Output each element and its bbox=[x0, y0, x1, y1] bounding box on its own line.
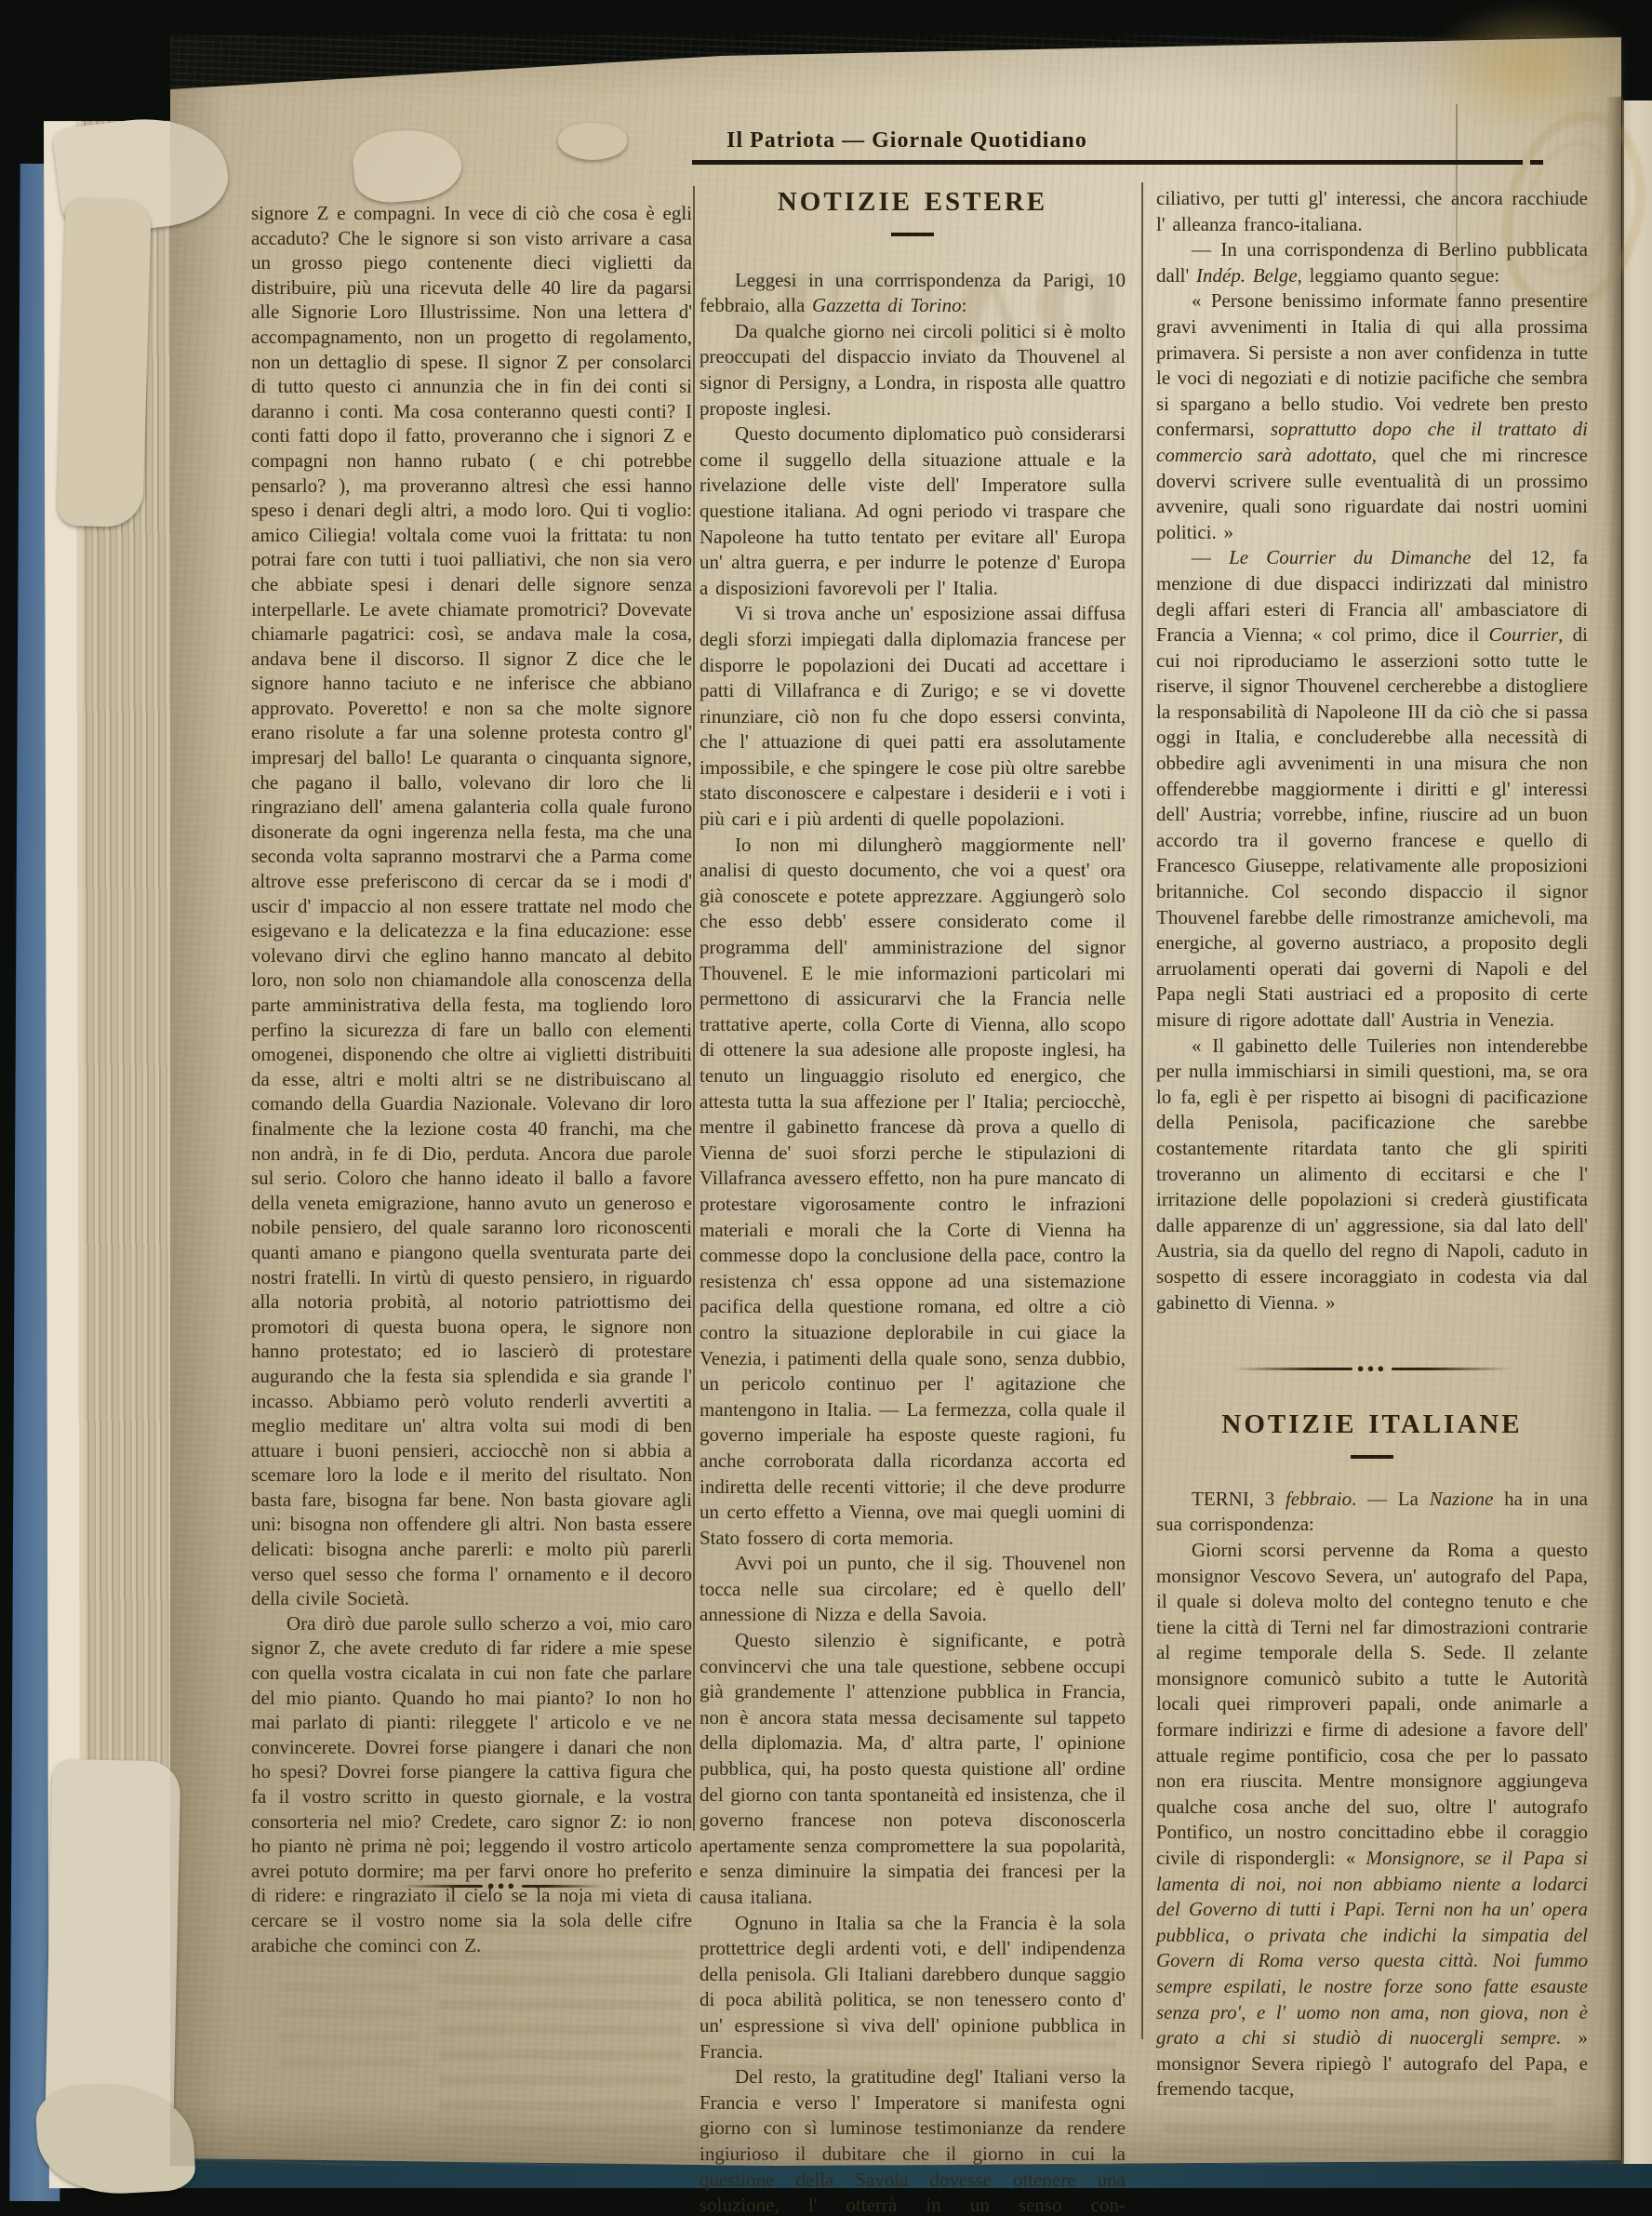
middle-column-text: Leggesi in una corrrispondenza da Parigi… bbox=[699, 268, 1126, 2216]
paragraph: Da qualche giorno nei circoli politici s… bbox=[699, 319, 1126, 421]
paragraph: TERNI, 3 febbraio. — La Nazione ha in un… bbox=[1156, 1487, 1588, 1538]
section-heading-notizie-estere: NOTIZIE ESTERE bbox=[699, 190, 1126, 216]
paragraph: « Persone benissimo informate fanno pres… bbox=[1156, 288, 1588, 545]
section-heading-notizie-italiane: NOTIZIE ITALIANE bbox=[1156, 1412, 1588, 1438]
section-rule bbox=[1351, 1455, 1393, 1459]
scanned-newspaper-page: PATRIOTA Il Patriota — Giornale Quotidia… bbox=[0, 0, 1652, 2216]
column-middle: NOTIZIE ESTERE Leggesi in una corrrispon… bbox=[699, 190, 1126, 2216]
ornament-line bbox=[1232, 1368, 1352, 1370]
paragraph: Io non mi dilungherò maggiormente nell' … bbox=[699, 833, 1126, 1552]
column-divider-rule bbox=[693, 186, 695, 1831]
ornament-line bbox=[1392, 1368, 1512, 1370]
paragraph: Questo documento diplomatico può conside… bbox=[699, 421, 1126, 601]
masthead-rule-segment bbox=[1530, 160, 1543, 165]
paragraph: Ora dirò due parole sullo scherzo a voi,… bbox=[251, 1611, 692, 1957]
paragraph: Ognuno in Italia sa che la Francia è la … bbox=[699, 1911, 1126, 2065]
column-left: signore Z e compagni. In vece di ciò che… bbox=[251, 201, 692, 1957]
paragraph: — In una corrispondenza di Berlino pubbl… bbox=[1156, 237, 1588, 288]
divider-ornament: ●●● bbox=[1232, 1364, 1512, 1373]
divider-ornament: ●●● bbox=[400, 1881, 605, 1890]
paragraph: Leggesi in una corrrispondenza da Parigi… bbox=[699, 268, 1126, 319]
section-rule bbox=[891, 233, 934, 236]
column-right: ciliativo, per tutti gl' interessi, che … bbox=[1156, 186, 1588, 2103]
paragraph: Giorni scorsi pervenne da Roma a questo … bbox=[1156, 1538, 1588, 2103]
ornament-dots: ●●● bbox=[483, 1881, 523, 1890]
ornament-dots: ●●● bbox=[1352, 1364, 1392, 1373]
column-divider-rule bbox=[1141, 182, 1143, 2039]
page-fold-shadow bbox=[1605, 97, 1624, 2164]
ornament-line bbox=[400, 1885, 483, 1888]
right-column-text-top: ciliativo, per tutti gl' interessi, che … bbox=[1156, 186, 1588, 1315]
paragraph: Questo silenzio è significante, e potrà … bbox=[699, 1628, 1126, 1911]
paragraph: ciliativo, per tutti gl' interessi, che … bbox=[1156, 186, 1588, 237]
paper-tear bbox=[57, 198, 152, 527]
right-column-text-bottom: TERNI, 3 febbraio. — La Nazione ha in un… bbox=[1156, 1487, 1588, 2103]
paragraph: Avvi poi un punto, che il sig. Thouvenel… bbox=[699, 1551, 1126, 1628]
paragraph: « Il gabinetto delle Tuileries non inten… bbox=[1156, 1034, 1588, 1316]
paragraph: signore Z e compagni. In vece di ciò che… bbox=[251, 201, 692, 1611]
masthead-rule bbox=[692, 160, 1523, 165]
paragraph: Vi si trova anche un' esposizione assai … bbox=[699, 601, 1126, 832]
paragraph: — Le Courrier du Dimanche del 12, fa men… bbox=[1156, 545, 1588, 1033]
paragraph: Del resto, la gratitudine degl' Italiani… bbox=[699, 2064, 1126, 2216]
masthead-title: Il Patriota — Giornale Quotidiano bbox=[688, 128, 1126, 154]
ornament-line bbox=[522, 1885, 605, 1888]
next-page-edge bbox=[1622, 100, 1652, 2164]
